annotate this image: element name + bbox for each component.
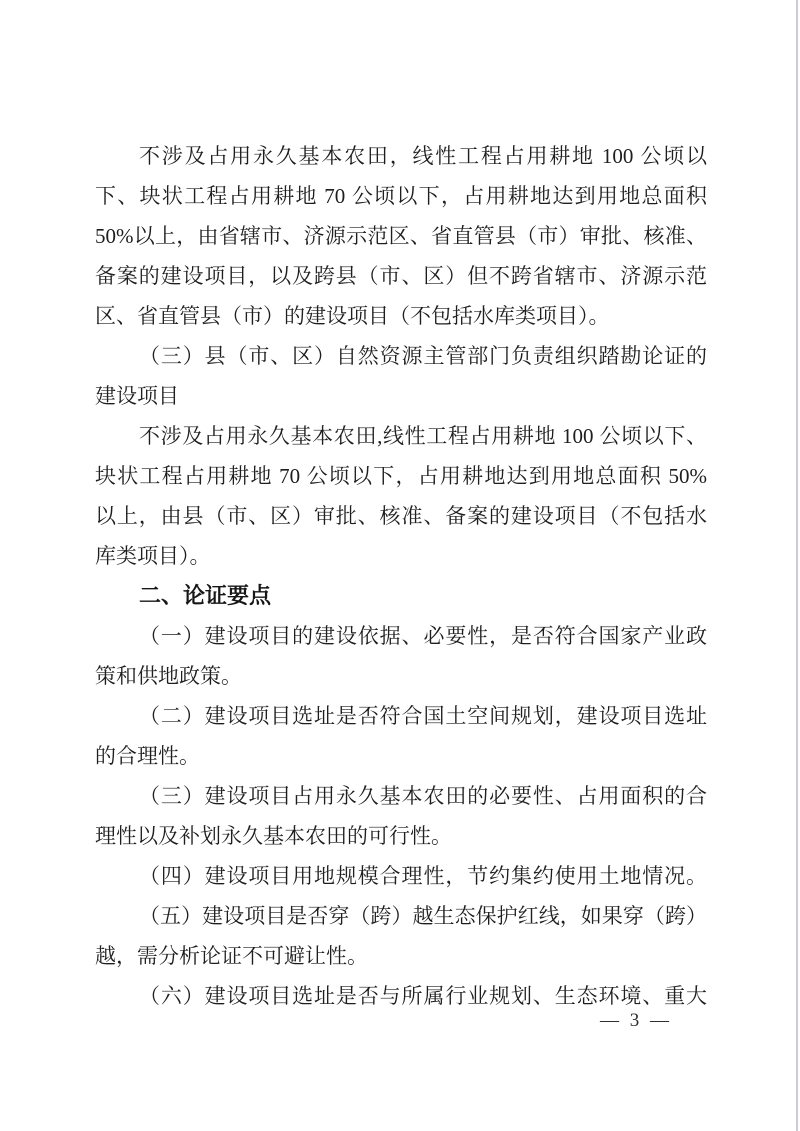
text-line: （四）建设项目用地规模合理性，节约集约使用土地情况。	[95, 856, 707, 896]
text-line: 策和供地政策。	[95, 656, 707, 696]
text-line: 下、块状工程占用耕地 70 公顷以下，占用耕地达到用地总面积	[95, 176, 707, 216]
scan-edge-line	[796, 0, 798, 1131]
text-line: （二）建设项目选址是否符合国土空间规划，建设项目选址	[95, 696, 707, 736]
page-number: — 3 —	[600, 1008, 672, 1034]
text-line: 区、省直管县（市）的建设项目（不包括水库类项目）。	[95, 296, 707, 336]
text-line: 不涉及占用永久基本农田，线性工程占用耕地 100 公顷以	[95, 136, 707, 176]
text-line: 备案的建设项目，以及跨县（市、区）但不跨省辖市、济源示范	[95, 256, 707, 296]
text-line: （五）建设项目是否穿（跨）越生态保护红线，如果穿（跨）	[95, 896, 707, 936]
text-line: （三）县（市、区）自然资源主管部门负责组织踏勘论证的	[95, 336, 707, 376]
text-line: （一）建设项目的建设依据、必要性，是否符合国家产业政	[95, 616, 707, 656]
text-line: （三）建设项目占用永久基本农田的必要性、占用面积的合	[95, 776, 707, 816]
section-heading: 二、论证要点	[95, 576, 707, 616]
document-body: 不涉及占用永久基本农田，线性工程占用耕地 100 公顷以下、块状工程占用耕地 7…	[95, 136, 707, 1016]
text-line: 越，需分析论证不可避让性。	[95, 936, 707, 976]
text-line: 块状工程占用耕地 70 公顷以下，占用耕地达到用地总面积 50%	[95, 456, 707, 496]
text-line: 不涉及占用永久基本农田,线性工程占用耕地 100 公顷以下、	[95, 416, 707, 456]
text-line: 理性以及补划永久基本农田的可行性。	[95, 816, 707, 856]
text-line: 库类项目）。	[95, 536, 707, 576]
document-page: 不涉及占用永久基本农田，线性工程占用耕地 100 公顷以下、块状工程占用耕地 7…	[0, 0, 800, 1131]
text-line: 的合理性。	[95, 736, 707, 776]
text-line: 以上，由县（市、区）审批、核准、备案的建设项目（不包括水	[95, 496, 707, 536]
text-line: 50%以上，由省辖市、济源示范区、省直管县（市）审批、核准、	[95, 216, 707, 256]
text-line: 建设项目	[95, 376, 707, 416]
